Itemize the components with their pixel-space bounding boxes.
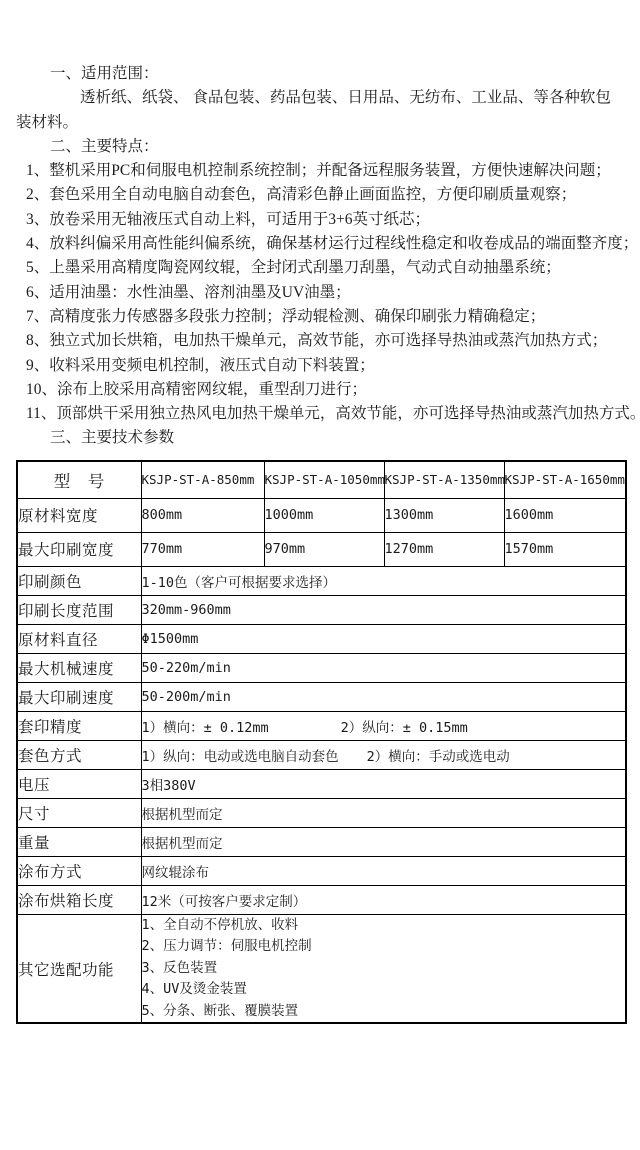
spec-value: 50-220m/min bbox=[141, 653, 626, 682]
spec-value: 1-10色（客户可根据要求选择） bbox=[141, 566, 626, 595]
spec-value: 970mm bbox=[264, 532, 384, 566]
spec-label: 尺寸 bbox=[17, 798, 141, 827]
option-item-4: 4、UV及烫金装置 bbox=[142, 979, 626, 1001]
table-row-coating-mode: 涂布方式 网纹辊涂布 bbox=[17, 856, 626, 885]
section-3-heading: 三、主要技术参数 bbox=[50, 426, 625, 450]
feature-item-2: 2、套色采用全自动电脑自动套色，高清彩色静止画面监控，方便印刷质量观察； bbox=[26, 183, 625, 207]
spec-value: 50-200m/min bbox=[141, 682, 626, 711]
spec-label: 套色方式 bbox=[17, 740, 141, 769]
option-item-3: 3、反色装置 bbox=[142, 958, 626, 980]
feature-item-11: 11、顶部烘干采用独立热风电加热干燥单元，高效节能，亦可选择导热油或蒸汽加热方式… bbox=[26, 402, 625, 426]
scope-text-line-2: 装材料。 bbox=[16, 111, 625, 135]
table-row-print-colors: 印刷颜色 1-10色（客户可根据要求选择） bbox=[17, 566, 626, 595]
feature-item-3: 3、放卷采用无轴液压式自动上料，可适用于3+6英寸纸芯； bbox=[26, 208, 625, 232]
spec-value-part1: 1）横向：± 0.12mm bbox=[142, 720, 269, 736]
spec-value: 1600mm bbox=[504, 498, 626, 532]
table-row-register-accuracy: 套印精度 1）横向：± 0.12mm2）纵向：± 0.15mm bbox=[17, 711, 626, 740]
table-row-max-print-speed: 最大印刷速度 50-200m/min bbox=[17, 682, 626, 711]
table-row-register-mode: 套色方式 1）纵向：电动或选电脑自动套色2）横向：手动或选电动 bbox=[17, 740, 626, 769]
model-name-1050: KSJP-ST-A-1050mm bbox=[264, 461, 384, 499]
table-row-optional-functions: 其它选配功能 1、全自动不停机放、收料 2、压力调节：伺服电机控制 3、反色装置… bbox=[17, 914, 626, 1023]
spec-label: 重量 bbox=[17, 827, 141, 856]
option-item-5: 5、分条、断张、覆膜装置 bbox=[142, 1001, 626, 1023]
spec-label: 最大印刷速度 bbox=[17, 682, 141, 711]
feature-item-4: 4、放料纠偏采用高性能纠偏系统，确保基材运行过程线性稳定和收卷成品的端面整齐度； bbox=[26, 232, 625, 256]
table-row-coating-oven-length: 涂布烘箱长度 12米（可按客户要求定制） bbox=[17, 885, 626, 914]
document-page: 一、适用范围： 透析纸、纸袋、 食品包装、药品包装、日用品、无纺布、工业品、等各… bbox=[0, 0, 640, 1150]
option-item-2: 2、压力调节：伺服电机控制 bbox=[142, 936, 626, 958]
table-row-material-width: 原材料宽度 800mm 1000mm 1300mm 1600mm bbox=[17, 498, 626, 532]
spec-label-model: 型 号 bbox=[17, 461, 141, 499]
feature-item-5: 5、上墨采用高精度陶瓷网纹辊，全封闭式刮墨刀刮墨，气动式自动抽墨系统； bbox=[26, 256, 625, 280]
spec-label: 最大印刷宽度 bbox=[17, 532, 141, 566]
spec-value: 1270mm bbox=[384, 532, 504, 566]
model-name-1650: KSJP-ST-A-1650mm bbox=[504, 461, 626, 499]
feature-item-10: 10、涂布上胶采用高精密网纹辊，重型刮刀进行； bbox=[26, 378, 625, 402]
table-row-weight: 重量 根据机型而定 bbox=[17, 827, 626, 856]
spec-label: 套印精度 bbox=[17, 711, 141, 740]
table-row-max-mechanical-speed: 最大机械速度 50-220m/min bbox=[17, 653, 626, 682]
table-row-max-print-width: 最大印刷宽度 770mm 970mm 1270mm 1570mm bbox=[17, 532, 626, 566]
spec-value: 根据机型而定 bbox=[141, 798, 626, 827]
spec-value: 320mm-960mm bbox=[141, 595, 626, 624]
table-row-material-diameter: 原材料直径 Φ1500mm bbox=[17, 624, 626, 653]
spec-value: 1570mm bbox=[504, 532, 626, 566]
spec-label: 涂布烘箱长度 bbox=[17, 885, 141, 914]
option-item-1: 1、全自动不停机放、收料 bbox=[142, 915, 626, 937]
model-name-850: KSJP-ST-A-850mm bbox=[141, 461, 264, 499]
spec-label: 印刷长度范围 bbox=[17, 595, 141, 624]
spec-value: 1）纵向：电动或选电脑自动套色2）横向：手动或选电动 bbox=[141, 740, 626, 769]
spec-value: 770mm bbox=[141, 532, 264, 566]
spec-label: 最大机械速度 bbox=[17, 653, 141, 682]
scope-text-line-1: 透析纸、纸袋、 食品包装、药品包装、日用品、无纺布、工业品、等各种软包 bbox=[80, 86, 625, 110]
spec-value: 网纹辊涂布 bbox=[141, 856, 626, 885]
spec-label: 印刷颜色 bbox=[17, 566, 141, 595]
optional-functions-list: 1、全自动不停机放、收料 2、压力调节：伺服电机控制 3、反色装置 4、UV及烫… bbox=[141, 914, 626, 1023]
feature-item-7: 7、高精度张力传感器多段张力控制；浮动辊检测、确保印刷张力精确稳定； bbox=[26, 305, 625, 329]
table-row-model: 型 号 KSJP-ST-A-850mm KSJP-ST-A-1050mm KSJ… bbox=[17, 461, 626, 499]
spec-label: 原材料直径 bbox=[17, 624, 141, 653]
spec-label: 电压 bbox=[17, 769, 141, 798]
table-row-voltage: 电压 3相380V bbox=[17, 769, 626, 798]
spec-label: 涂布方式 bbox=[17, 856, 141, 885]
spec-table: 型 号 KSJP-ST-A-850mm KSJP-ST-A-1050mm KSJ… bbox=[16, 460, 627, 1025]
table-row-print-length-range: 印刷长度范围 320mm-960mm bbox=[17, 595, 626, 624]
spec-value: 800mm bbox=[141, 498, 264, 532]
spec-value-part2: 2）横向：手动或选电动 bbox=[367, 749, 510, 765]
spec-value: Φ1500mm bbox=[141, 624, 626, 653]
feature-item-9: 9、收料采用变频电机控制，液压式自动下料装置； bbox=[26, 354, 625, 378]
section-1-heading: 一、适用范围： bbox=[50, 62, 625, 86]
feature-item-8: 8、独立式加长烘箱，电加热干燥单元，高效节能，亦可选择导热油或蒸汽加热方式； bbox=[26, 329, 625, 353]
spec-value-part1: 1）纵向：电动或选电脑自动套色 bbox=[142, 749, 339, 765]
spec-label: 原材料宽度 bbox=[17, 498, 141, 532]
spec-value: 1000mm bbox=[264, 498, 384, 532]
model-name-1350: KSJP-ST-A-1350mm bbox=[384, 461, 504, 499]
spec-value: 3相380V bbox=[141, 769, 626, 798]
spec-label: 其它选配功能 bbox=[17, 914, 141, 1023]
spec-value: 1300mm bbox=[384, 498, 504, 532]
table-row-dimensions: 尺寸 根据机型而定 bbox=[17, 798, 626, 827]
spec-value: 1）横向：± 0.12mm2）纵向：± 0.15mm bbox=[141, 711, 626, 740]
spec-value-part2: 2）纵向：± 0.15mm bbox=[341, 720, 468, 736]
spec-value: 根据机型而定 bbox=[141, 827, 626, 856]
feature-item-1: 1、整机采用PC和伺服电机控制系统控制；并配备远程服务装置，方便快速解决问题； bbox=[26, 159, 625, 183]
section-2-heading: 二、主要特点： bbox=[50, 135, 625, 159]
feature-item-6: 6、适用油墨：水性油墨、溶剂油墨及UV油墨； bbox=[26, 281, 625, 305]
spec-value: 12米（可按客户要求定制） bbox=[141, 885, 626, 914]
